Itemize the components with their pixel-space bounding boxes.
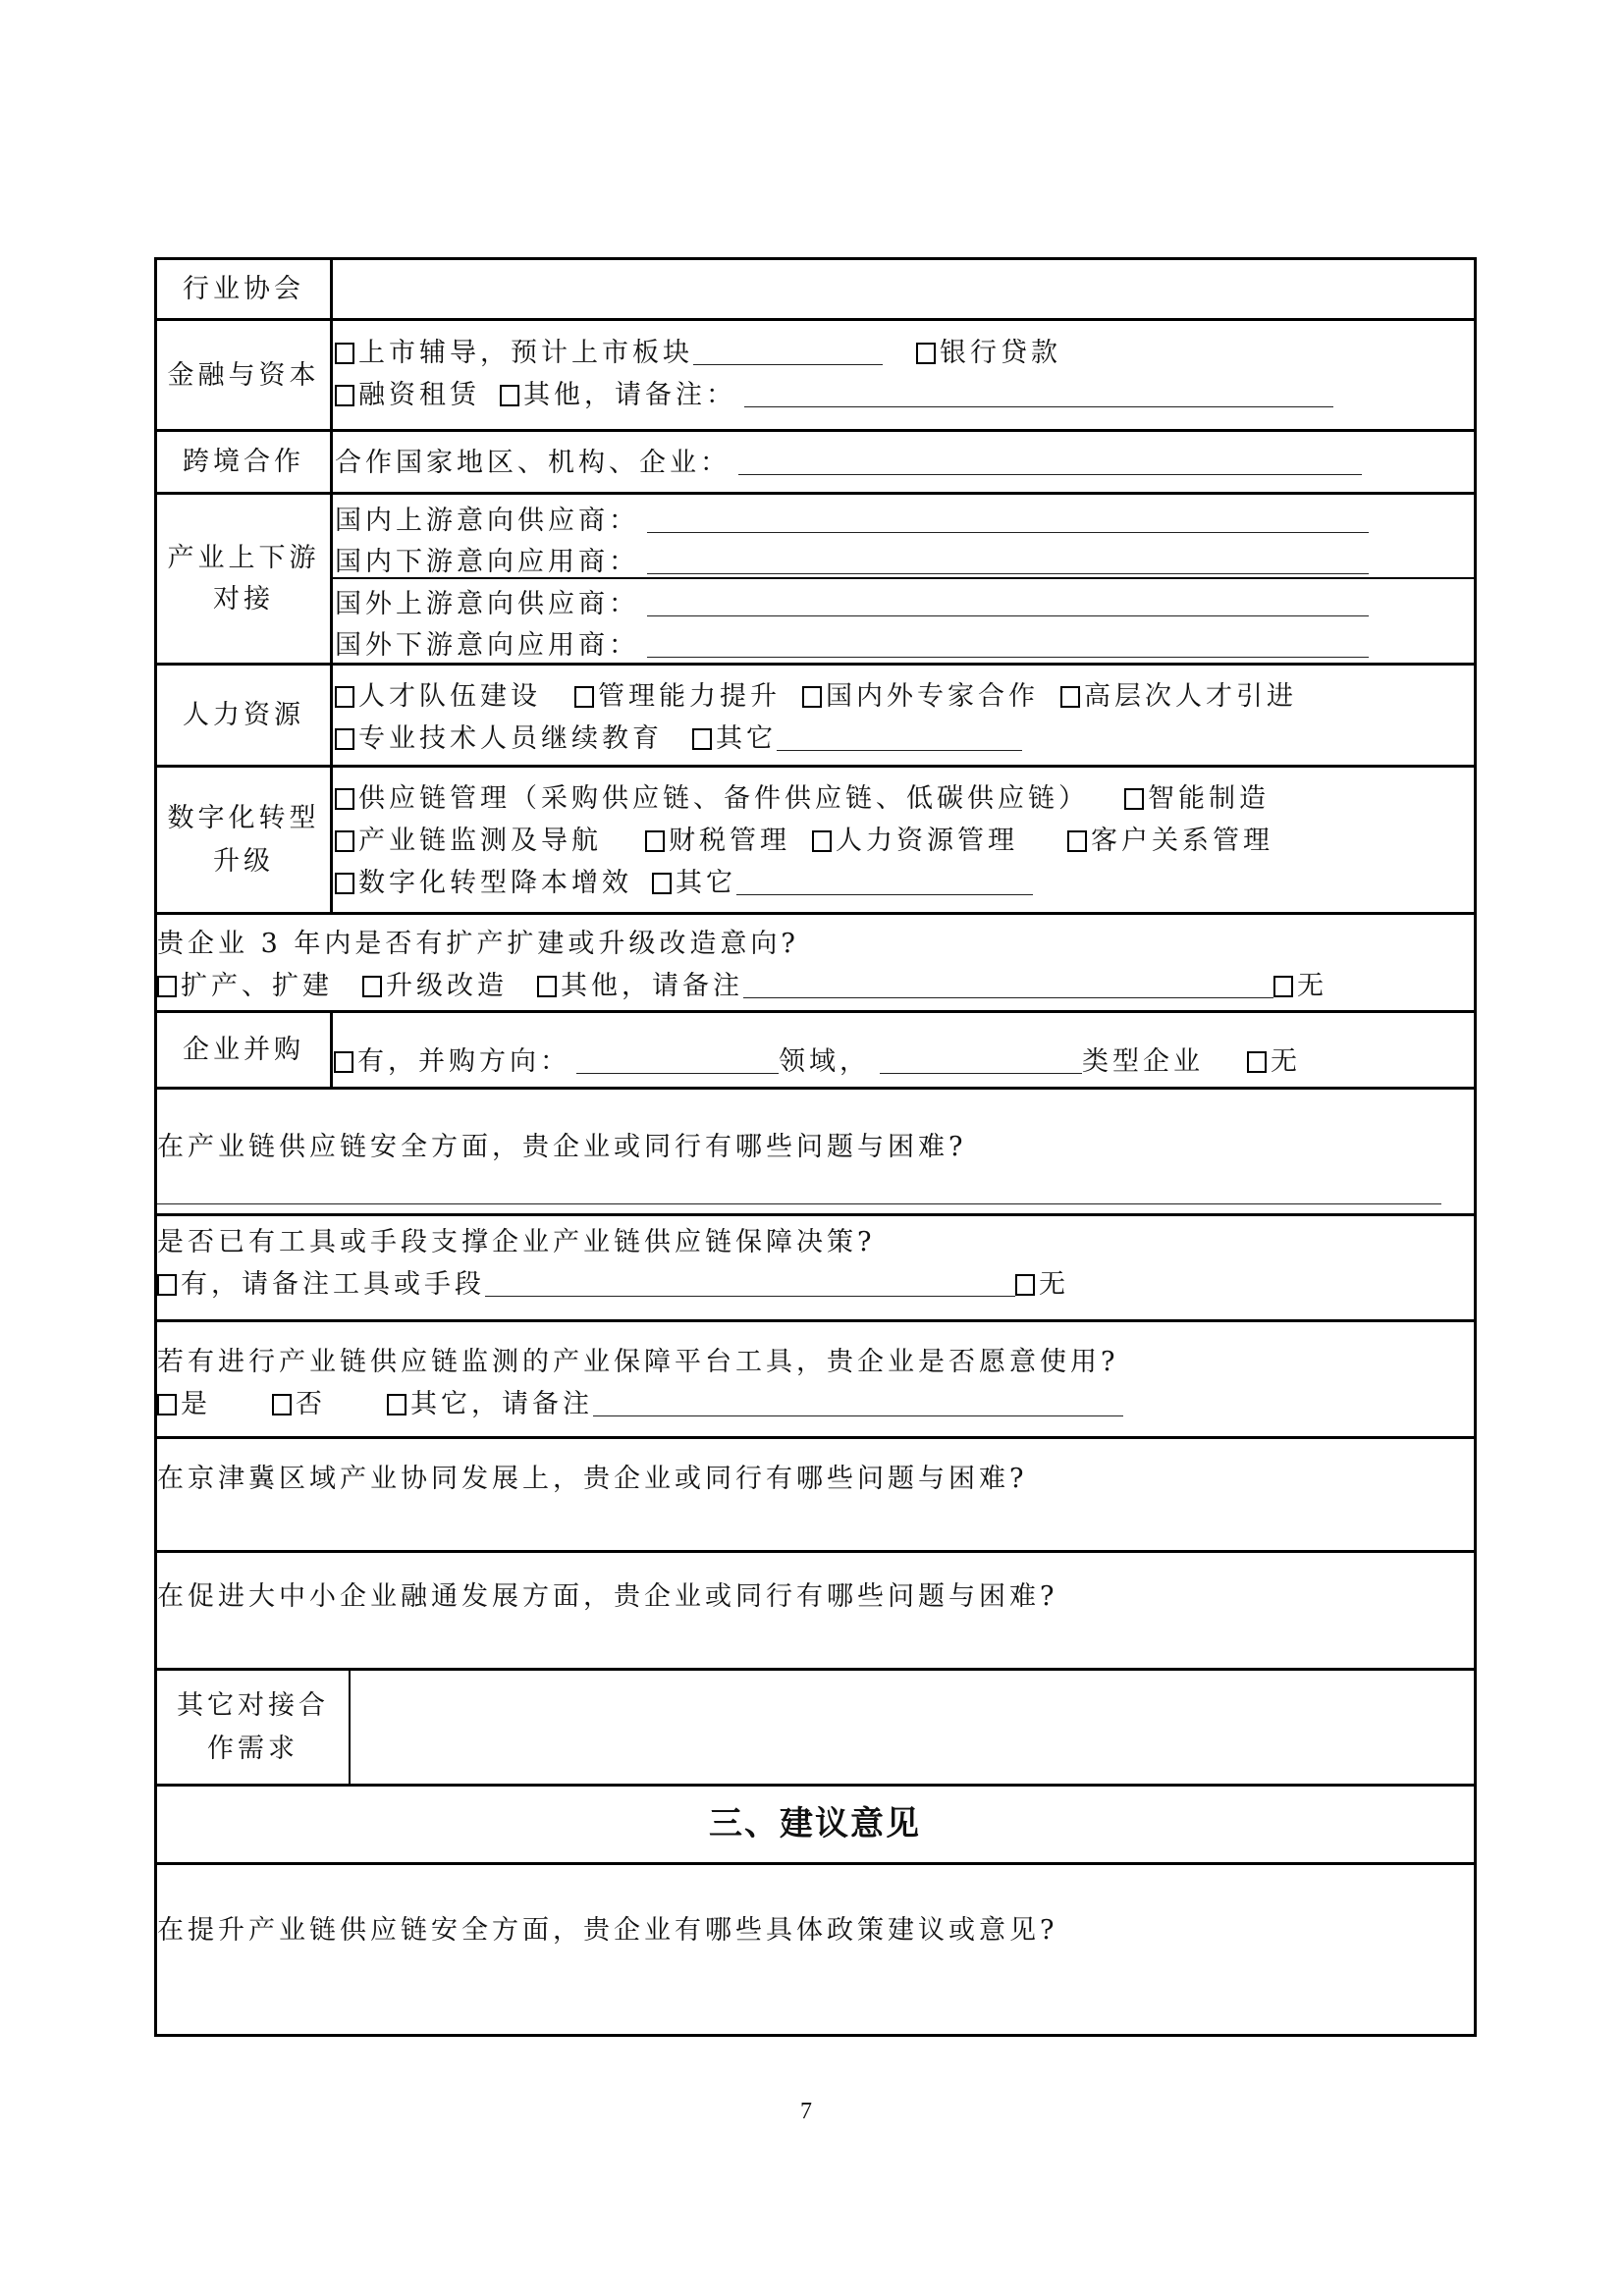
crossborder-content: 合作国家地区、机构、企业： [335, 442, 1474, 484]
option-expansion-other-label: 其他，请备注 [561, 971, 743, 1001]
industry-association-input[interactable] [334, 260, 1473, 318]
merger-direction-field[interactable] [576, 1047, 779, 1074]
ipo-board-field[interactable] [693, 339, 883, 365]
foreign-upstream-label: 国外上游意向供应商： [335, 589, 639, 619]
checkbox-expansion-none[interactable] [1273, 976, 1293, 997]
option-talent-team-label: 人才队伍建设 [358, 681, 541, 712]
label-merger: 企业并购 [157, 1013, 330, 1087]
option-hr-mgmt-label: 人力资源管理 [836, 826, 1018, 856]
domestic-upstream-label: 国内上游意向供应商： [335, 506, 639, 536]
option-tools-none-label: 无 [1039, 1269, 1069, 1300]
suggest-question: 在提升产业链供应链安全方面，贵企业有哪些具体政策建议或意见? [157, 1909, 1473, 1951]
checkbox-supply-chain-mgmt[interactable] [335, 788, 354, 810]
checkbox-talent-team[interactable] [335, 686, 354, 708]
row-divider [154, 1213, 1477, 1216]
merger-field-label: 领域， [779, 1046, 870, 1077]
option-upgrade-label: 升级改造 [386, 971, 508, 1001]
checkbox-smart-manufacturing[interactable] [1124, 788, 1144, 810]
label-updown-line2: 对接 [213, 579, 274, 620]
expansion-question: 贵企业 3 年内是否有扩产扩建或升级改造意向? [157, 923, 1473, 965]
hr-options: 人才队伍建设管理能力提升国内外专家合作高层次人才引进 专业技术人员继续教育其它 [335, 675, 1474, 760]
digital-options: 供应链管理（采购供应链、备件供应链、低碳供应链）智能制造 产业链监测及导航财税管… [335, 777, 1474, 904]
merger-type-field[interactable] [880, 1047, 1082, 1074]
row-divider [154, 1436, 1477, 1439]
section-title-suggestions: 三、建议意见 [157, 1787, 1473, 1862]
jjj-answer-field[interactable] [157, 1502, 1473, 1549]
row-divider [154, 765, 1477, 768]
column-divider [330, 257, 333, 913]
row-divider [154, 1087, 1477, 1090]
row-divider [154, 429, 1477, 432]
label-finance: 金融与资本 [157, 321, 330, 429]
merger-type-label: 类型企业 [1082, 1046, 1204, 1077]
digital-other-field[interactable] [736, 869, 1033, 895]
option-supply-chain-mgmt-label: 供应链管理（采购供应链、备件供应链、低碳供应链） [358, 783, 1089, 814]
checkbox-tools-yes[interactable] [157, 1274, 177, 1296]
sme-answer-field[interactable] [157, 1620, 1473, 1667]
option-tools-yes-label: 有，请备注工具或手段 [181, 1269, 485, 1300]
label-hr: 人力资源 [157, 666, 330, 765]
checkbox-finance-lease[interactable] [335, 385, 354, 406]
row-divider [154, 1319, 1477, 1322]
checkbox-merger-none[interactable] [1247, 1051, 1267, 1073]
label-digital-line1: 数字化转型 [168, 797, 320, 840]
label-other-needs-line1: 其它对接合 [177, 1684, 329, 1728]
label-industry-association: 行业协会 [157, 260, 330, 318]
column-divider [349, 1668, 351, 1785]
checkbox-tax-mgmt[interactable] [645, 830, 665, 852]
hr-other-field[interactable] [777, 724, 1022, 751]
checkbox-expand[interactable] [157, 976, 177, 997]
checkbox-chain-monitoring[interactable] [335, 830, 354, 852]
security-question: 在产业链供应链安全方面，贵企业或同行有哪些问题与困难? [157, 1126, 1473, 1168]
row-divider [154, 912, 1477, 915]
tools-detail-field[interactable] [485, 1270, 1015, 1297]
sme-question-block: 在促进大中小企业融通发展方面，贵企业或同行有哪些问题与困难? [157, 1575, 1473, 1618]
option-continuing-edu-label: 专业技术人员继续教育 [358, 723, 663, 754]
option-management-label: 管理能力提升 [598, 681, 781, 712]
suggest-answer-field[interactable] [157, 1958, 1473, 2035]
row-divider [154, 492, 1477, 495]
platform-question-block: 若有进行产业链供应链监测的产业保障平台工具，贵企业是否愿意使用? 是否其它，请备… [157, 1341, 1473, 1425]
checkbox-hr-mgmt[interactable] [812, 830, 832, 852]
checkbox-merger-yes[interactable] [334, 1051, 353, 1073]
checkbox-continuing-edu[interactable] [335, 728, 354, 750]
option-finance-other-label: 其他，请备注： [523, 380, 736, 410]
foreign-partners: 国外上游意向供应商： 国外下游意向应用商： [335, 583, 1474, 666]
checkbox-high-talent[interactable] [1060, 686, 1080, 708]
label-other-needs-line2: 作需求 [207, 1728, 298, 1771]
foreign-downstream-label: 国外下游意向应用商： [335, 630, 639, 661]
option-platform-yes-label: 是 [181, 1389, 211, 1419]
finance-other-field[interactable] [744, 381, 1333, 407]
platform-other-field[interactable] [593, 1390, 1123, 1416]
option-merger-none-label: 无 [1271, 1046, 1301, 1077]
tools-question-block: 是否已有工具或手段支撑企业产业链供应链保障决策? 有，请备注工具或手段无 [157, 1221, 1473, 1306]
crossborder-field[interactable] [738, 449, 1362, 475]
checkbox-cost-reduction[interactable] [335, 873, 354, 894]
row-divider [154, 1862, 1477, 1865]
merger-options: 有，并购方向：领域，类型企业无 [334, 1041, 1473, 1083]
label-digital-line2: 升级 [213, 840, 274, 883]
option-digital-other-label: 其它 [676, 868, 736, 898]
jjj-question: 在京津冀区域产业协同发展上，贵企业或同行有哪些问题与困难? [157, 1458, 1473, 1500]
column-divider [330, 1010, 333, 1088]
checkbox-bank-loan[interactable] [916, 343, 936, 364]
option-expansion-none-label: 无 [1297, 971, 1327, 1001]
security-question-block: 在产业链供应链安全方面，贵企业或同行有哪些问题与困难? [157, 1126, 1473, 1168]
option-hr-other-label: 其它 [716, 723, 777, 754]
option-platform-other-label: 其它，请备注 [410, 1389, 593, 1419]
option-cost-reduction-label: 数字化转型降本增效 [358, 868, 632, 898]
row-divider [154, 1550, 1477, 1553]
option-bank-loan-label: 银行贷款 [940, 338, 1061, 368]
checkbox-hr-other[interactable] [692, 728, 712, 750]
checkbox-platform-no[interactable] [272, 1394, 292, 1415]
platform-question: 若有进行产业链供应链监测的产业保障平台工具，贵企业是否愿意使用? [157, 1341, 1473, 1383]
label-other-needs: 其它对接合 作需求 [157, 1671, 349, 1784]
checkbox-tools-none[interactable] [1015, 1274, 1035, 1296]
checkbox-expert-coop[interactable] [802, 686, 822, 708]
option-chain-monitoring-label: 产业链监测及导航 [358, 826, 602, 856]
page-number: 7 [800, 2099, 812, 2125]
checkbox-platform-yes[interactable] [157, 1394, 177, 1415]
option-tax-mgmt-label: 财税管理 [669, 826, 790, 856]
option-merger-yes-label: 有，并购方向： [357, 1046, 570, 1077]
label-updown-line1: 产业上下游 [168, 538, 320, 579]
option-expert-coop-label: 国内外专家合作 [826, 681, 1039, 712]
jjj-question-block: 在京津冀区域产业协同发展上，贵企业或同行有哪些问题与困难? [157, 1458, 1473, 1500]
domestic-partners: 国内上游意向供应商： 国内下游意向应用商： [335, 500, 1474, 582]
checkbox-crm[interactable] [1067, 830, 1087, 852]
security-answer-field[interactable] [157, 1178, 1441, 1204]
option-platform-no-label: 否 [296, 1389, 326, 1419]
option-crm-label: 客户关系管理 [1091, 826, 1273, 856]
row-divider [154, 318, 1477, 321]
label-crossborder: 跨境合作 [157, 432, 330, 492]
sme-question: 在促进大中小企业融通发展方面，贵企业或同行有哪些问题与困难? [157, 1575, 1473, 1618]
crossborder-prompt: 合作国家地区、机构、企业： [335, 448, 731, 478]
checkbox-expansion-other[interactable] [537, 976, 557, 997]
option-ipo-label: 上市辅导，预计上市板块 [358, 338, 693, 368]
checkbox-upgrade[interactable] [362, 976, 382, 997]
checkbox-digital-other[interactable] [652, 873, 672, 894]
checkbox-platform-other[interactable] [387, 1394, 406, 1415]
expansion-question-block: 贵企业 3 年内是否有扩产扩建或升级改造意向? 扩产、扩建升级改造其他，请备注无 [157, 923, 1473, 1007]
suggest-question-block: 在提升产业链供应链安全方面，贵企业有哪些具体政策建议或意见? [157, 1909, 1473, 1951]
option-finance-lease-label: 融资租赁 [358, 380, 480, 410]
domestic-upstream-field[interactable] [647, 507, 1369, 533]
checkbox-ipo[interactable] [335, 343, 354, 364]
option-high-talent-label: 高层次人才引进 [1084, 681, 1297, 712]
expansion-other-field[interactable] [743, 972, 1273, 998]
other-needs-field[interactable] [352, 1671, 1472, 1784]
label-digital: 数字化转型 升级 [157, 768, 330, 912]
domestic-downstream-label: 国内下游意向应用商： [335, 547, 639, 577]
checkbox-finance-other[interactable] [500, 385, 519, 406]
domestic-downstream-field[interactable] [647, 548, 1369, 574]
foreign-downstream-field[interactable] [647, 631, 1369, 658]
option-smart-manufacturing-label: 智能制造 [1148, 783, 1270, 814]
finance-options: 上市辅导，预计上市板块银行贷款 融资租赁其他，请备注： [335, 332, 1474, 416]
tools-question: 是否已有工具或手段支撑企业产业链供应链保障决策? [157, 1221, 1473, 1263]
row-divider [154, 1010, 1477, 1013]
option-expand-label: 扩产、扩建 [181, 971, 333, 1001]
label-updown: 产业上下游 对接 [157, 495, 330, 663]
foreign-upstream-field[interactable] [647, 590, 1369, 616]
checkbox-management[interactable] [574, 686, 594, 708]
